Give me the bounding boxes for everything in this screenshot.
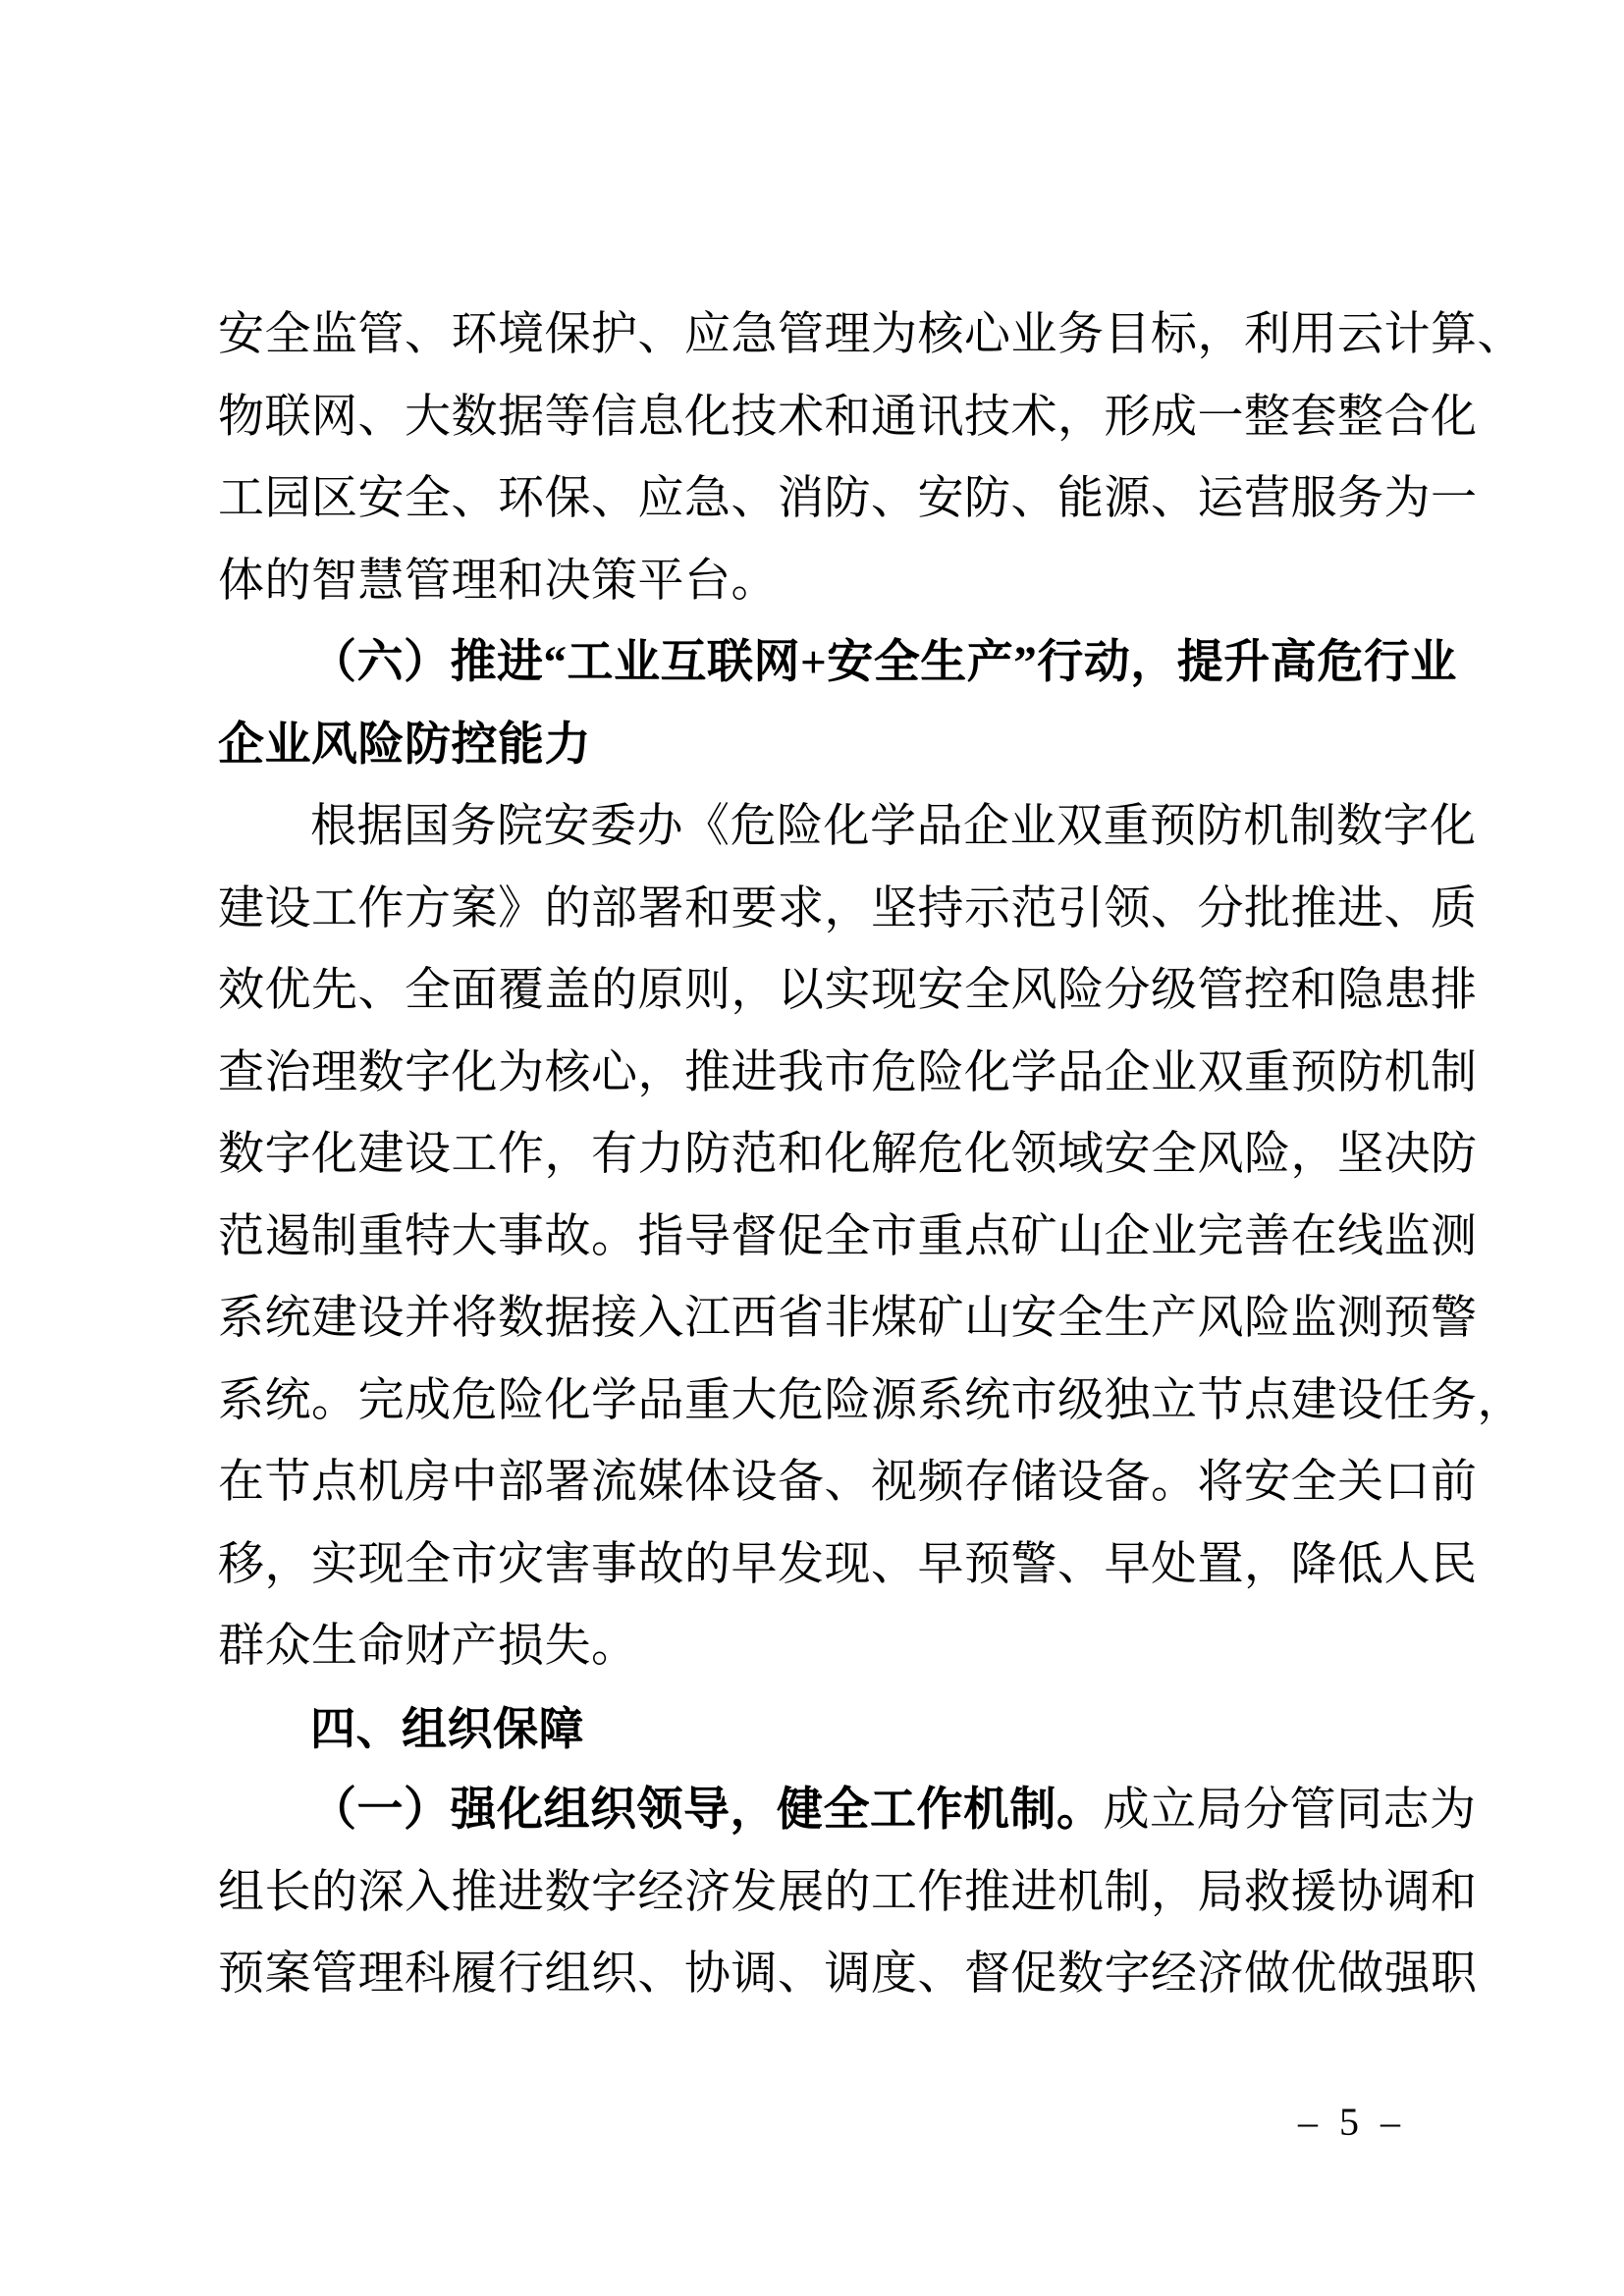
- text-line: 查治理数字化为核心，推进我市危险化学品企业双重预防机制: [218, 1033, 1428, 1115]
- text-line: 安全监管、环境保护、应急管理为核心业务目标，利用云计算、: [218, 294, 1428, 377]
- text-line: 根据国务院安委办《危险化学品企业双重预防机制数字化: [218, 786, 1428, 869]
- document-body: 安全监管、环境保护、应急管理为核心业务目标，利用云计算、 物联网、大数据等信息化…: [218, 294, 1428, 2016]
- text-line: 系统。完成危险化学品重大危险源系统市级独立节点建设任务，: [218, 1361, 1428, 1443]
- paragraph-lead-rest: 成立局分管同志为: [1104, 1785, 1477, 1836]
- text-line: 建设工作方案》的部署和要求，坚持示范引领、分批推进、质: [218, 869, 1428, 951]
- section-four-heading: 四、组织保障: [218, 1688, 1428, 1771]
- text-line: 系统建设并将数据接入江西省非煤矿山安全生产风险监测预警: [218, 1278, 1428, 1361]
- text-line: 群众生命财产损失。: [218, 1606, 1428, 1688]
- text-line: 组长的深入推进数字经济发展的工作推进机制，局救援协调和: [218, 1852, 1428, 1935]
- section-heading-line: （六）推进“工业互联网+安全生产”行动，提升高危行业: [218, 622, 1428, 705]
- text-line: 体的智慧管理和决策平台。: [218, 541, 1428, 623]
- text-line: 在节点机房中部署流媒体设备、视频存储设备。将安全关口前: [218, 1442, 1428, 1524]
- text-line: 数字化建设工作，有力防范和化解危化领域安全风险，坚决防: [218, 1114, 1428, 1197]
- document-page: 安全监管、环境保护、应急管理为核心业务目标，利用云计算、 物联网、大数据等信息化…: [0, 0, 1624, 2296]
- text-line: 效优先、全面覆盖的原则，以实现安全风险分级管控和隐患排: [218, 950, 1428, 1033]
- text-line: 移，实现全市灾害事故的早发现、早预警、早处置，降低人民: [218, 1524, 1428, 1607]
- text-line: 预案管理科履行组织、协调、调度、督促数字经济做优做强职: [218, 1934, 1428, 2016]
- text-line: 工园区安全、环保、应急、消防、安防、能源、运营服务为一: [218, 458, 1428, 541]
- page-number: – 5 –: [1298, 2099, 1406, 2146]
- text-line: （一）强化组织领导，健全工作机制。成立局分管同志为: [218, 1770, 1428, 1852]
- section-heading-line: 企业风险防控能力: [218, 705, 1428, 787]
- text-line: 物联网、大数据等信息化技术和通讯技术，形成一整套整合化: [218, 377, 1428, 459]
- paragraph-lead-bold: （一）强化组织领导，健全工作机制。: [310, 1785, 1104, 1836]
- text-line: 范遏制重特大事故。指导督促全市重点矿山企业完善在线监测: [218, 1197, 1428, 1279]
